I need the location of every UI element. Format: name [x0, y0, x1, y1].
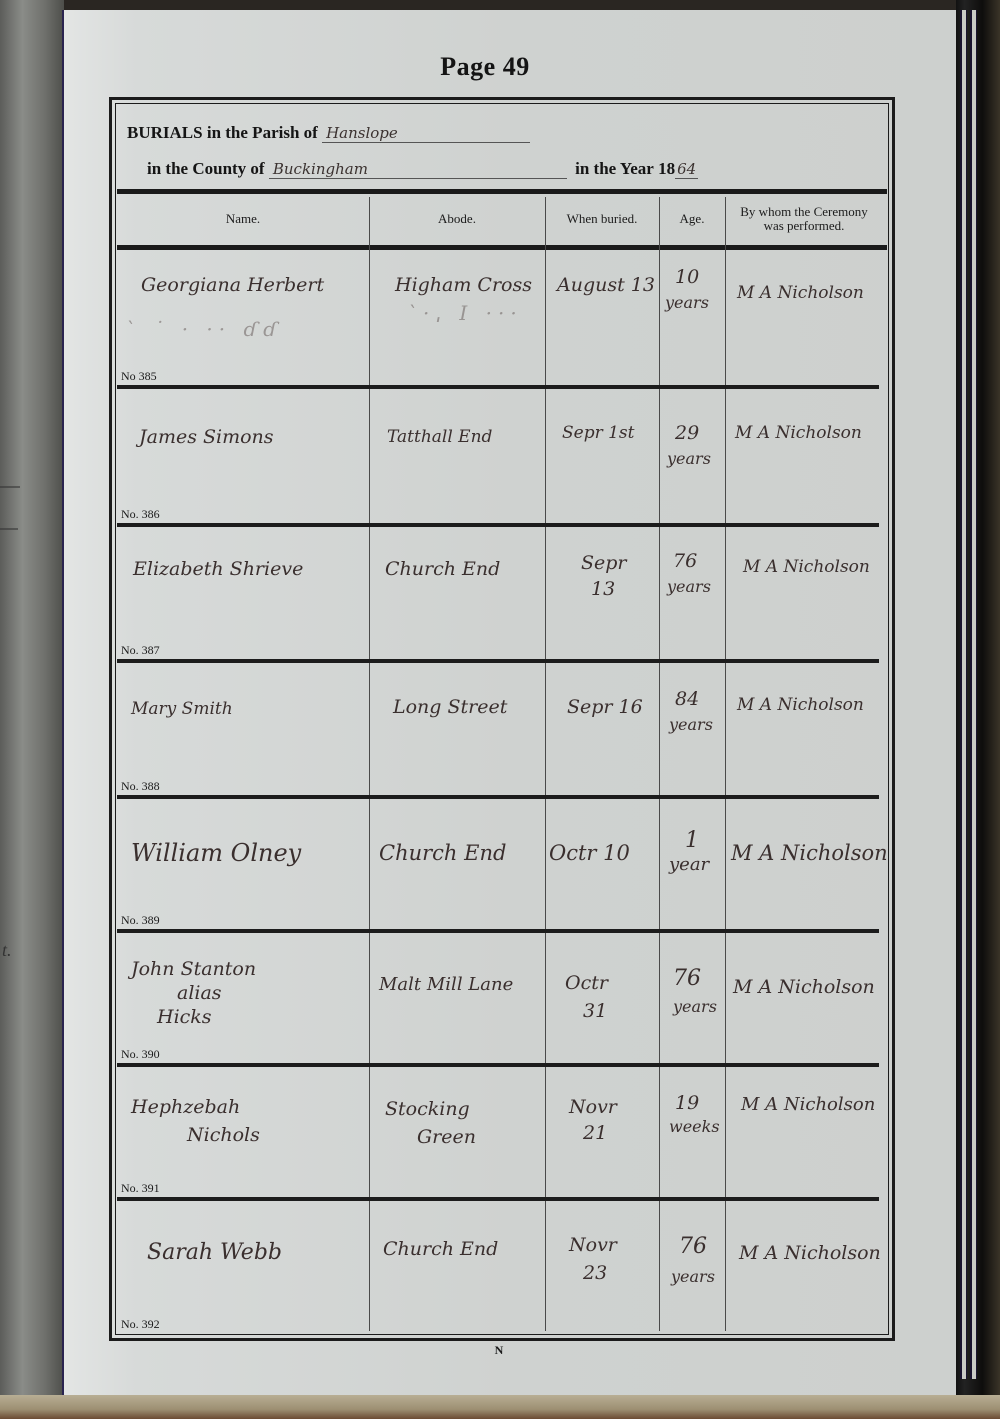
- age-unit-cell: years: [669, 713, 713, 737]
- age-cell: 1: [685, 829, 699, 853]
- age-unit-cell: year: [669, 853, 709, 877]
- faint-ink-marks: ˋ·ˌ I ···: [407, 301, 523, 325]
- row-rule: [117, 795, 879, 799]
- column-divider: [725, 197, 726, 1331]
- book-bottom-edge: [0, 1395, 1000, 1419]
- row-rule: [117, 929, 879, 933]
- faint-ink-marks: ˋ ˙ · ·· ɗɗ: [125, 317, 283, 341]
- right-page-edges: [956, 0, 1000, 1419]
- margin-mark: t.: [2, 940, 12, 961]
- in-county-label: in the County of: [147, 159, 265, 178]
- name-alias-label: alias: [177, 981, 222, 1005]
- abode-cell: Malt Mill Lane: [379, 973, 513, 997]
- name-cell: John Stanton: [131, 957, 256, 981]
- name-cell: William Olney: [131, 841, 301, 865]
- when-buried-day: 31: [583, 999, 607, 1023]
- column-divider: [659, 197, 660, 1331]
- abode-line2-cell: Green: [417, 1125, 476, 1149]
- when-buried-cell: Sepr: [581, 551, 627, 575]
- age-cell: 76: [673, 967, 701, 991]
- officiant-cell: M A Nicholson: [739, 1241, 881, 1265]
- when-buried-cell: Novr: [569, 1095, 617, 1119]
- header-rule: [117, 189, 887, 194]
- county-line: in the County of Buckingham in the Year …: [147, 159, 698, 179]
- when-buried-cell: Sepr 16: [567, 695, 643, 719]
- entry-number: No. 387: [121, 643, 160, 658]
- age-cell: 76: [679, 1235, 707, 1259]
- row-rule: [117, 1063, 879, 1067]
- name-cell: James Simons: [139, 425, 274, 449]
- age-unit-cell: years: [667, 575, 711, 599]
- age-unit-cell: years: [667, 447, 711, 471]
- when-buried-cell: Novr: [569, 1233, 617, 1257]
- age-unit-cell: weeks: [669, 1115, 720, 1139]
- abode-cell: Stocking: [385, 1097, 470, 1121]
- officiant-cell: M A Nicholson: [741, 1093, 875, 1117]
- officiant-cell: M A Nicholson: [735, 421, 862, 445]
- row-rule: [117, 523, 879, 527]
- age-cell: 19: [675, 1091, 699, 1115]
- abode-cell: Church End: [385, 557, 500, 581]
- age-unit-cell: years: [671, 1265, 715, 1289]
- county-field: Buckingham: [269, 160, 567, 179]
- page-title: Page 49: [36, 52, 934, 82]
- row-rule: [117, 385, 879, 389]
- parish-line: BURIALS in the Parish of Hanslope: [127, 123, 530, 143]
- entry-number: No. 386: [121, 507, 160, 522]
- burials-label: BURIALS: [127, 123, 203, 142]
- abode-cell: Long Street: [393, 695, 507, 719]
- when-buried-cell: Octr 10: [549, 841, 630, 865]
- officiant-cell: M A Nicholson: [733, 975, 875, 999]
- abode-cell: Tatthall End: [387, 425, 492, 449]
- name-cell: Elizabeth Shrieve: [133, 557, 303, 581]
- age-unit-cell: years: [673, 995, 717, 1019]
- column-header-when-buried: When buried.: [545, 195, 659, 243]
- parish-field: Hanslope: [322, 124, 530, 143]
- ink-stroke: [0, 486, 20, 488]
- entry-number: No 385: [121, 369, 157, 384]
- column-divider: [369, 197, 370, 1331]
- row-rule: [117, 659, 879, 663]
- in-year-label: in the Year: [575, 159, 654, 178]
- officiant-cell: M A Nicholson: [737, 693, 864, 717]
- age-unit-cell: years: [665, 291, 709, 315]
- when-buried-day: 23: [583, 1261, 607, 1285]
- register-page: Page 49 BURIALS in the Parish of Hanslop…: [62, 10, 962, 1398]
- column-header-age: Age.: [659, 195, 725, 243]
- abode-cell: Church End: [383, 1237, 498, 1261]
- age-cell: 76: [673, 549, 697, 573]
- when-buried-cell: Octr: [565, 971, 608, 995]
- in-parish-label: in the Parish of: [207, 123, 318, 142]
- officiant-cell: M A Nicholson: [743, 555, 870, 579]
- signature-mark: N: [50, 1343, 948, 1358]
- year-field: 64: [675, 160, 698, 179]
- entry-number: No. 392: [121, 1317, 160, 1332]
- name-cell: Hephzebah: [131, 1095, 240, 1119]
- column-header-name: Name.: [117, 195, 369, 243]
- entry-number: No. 388: [121, 779, 160, 794]
- when-buried-cell: August 13: [557, 273, 655, 297]
- name-cell: Georgiana Herbert: [141, 273, 324, 297]
- column-divider: [545, 197, 546, 1331]
- name-alias-cell: Hicks: [157, 1005, 212, 1029]
- burials-register-table: BURIALS in the Parish of Hanslope in the…: [109, 97, 895, 1341]
- abode-cell: Higham Cross: [395, 273, 532, 297]
- name-surname-cell: Nichols: [187, 1123, 260, 1147]
- abode-cell: Church End: [379, 841, 506, 865]
- name-cell: Sarah Webb: [147, 1241, 282, 1265]
- page-leaf-edge: [960, 10, 967, 1379]
- column-header-officiant: By whom the Ceremony was performed.: [725, 195, 883, 243]
- entry-number: No. 390: [121, 1047, 160, 1062]
- column-header-abode: Abode.: [369, 195, 545, 243]
- officiant-cell: M A Nicholson: [737, 281, 864, 305]
- officiant-cell: M A Nicholson: [731, 841, 888, 865]
- left-page-gutter: t.: [0, 0, 64, 1419]
- age-cell: 10: [675, 265, 699, 289]
- age-cell: 84: [675, 687, 699, 711]
- name-cell: Mary Smith: [131, 697, 233, 721]
- when-buried-day: 21: [583, 1121, 607, 1145]
- when-buried-cell: Sepr 1st: [562, 421, 635, 445]
- age-cell: 29: [675, 421, 699, 445]
- when-buried-day: 13: [591, 577, 615, 601]
- entry-number: No. 391: [121, 1181, 160, 1196]
- row-rule: [117, 1197, 879, 1201]
- page-leaf-edge: [970, 10, 977, 1379]
- ink-stroke: [0, 528, 18, 530]
- year-printed: 18: [658, 159, 675, 178]
- column-header-rule: [117, 245, 887, 250]
- entry-number: No. 389: [121, 913, 160, 928]
